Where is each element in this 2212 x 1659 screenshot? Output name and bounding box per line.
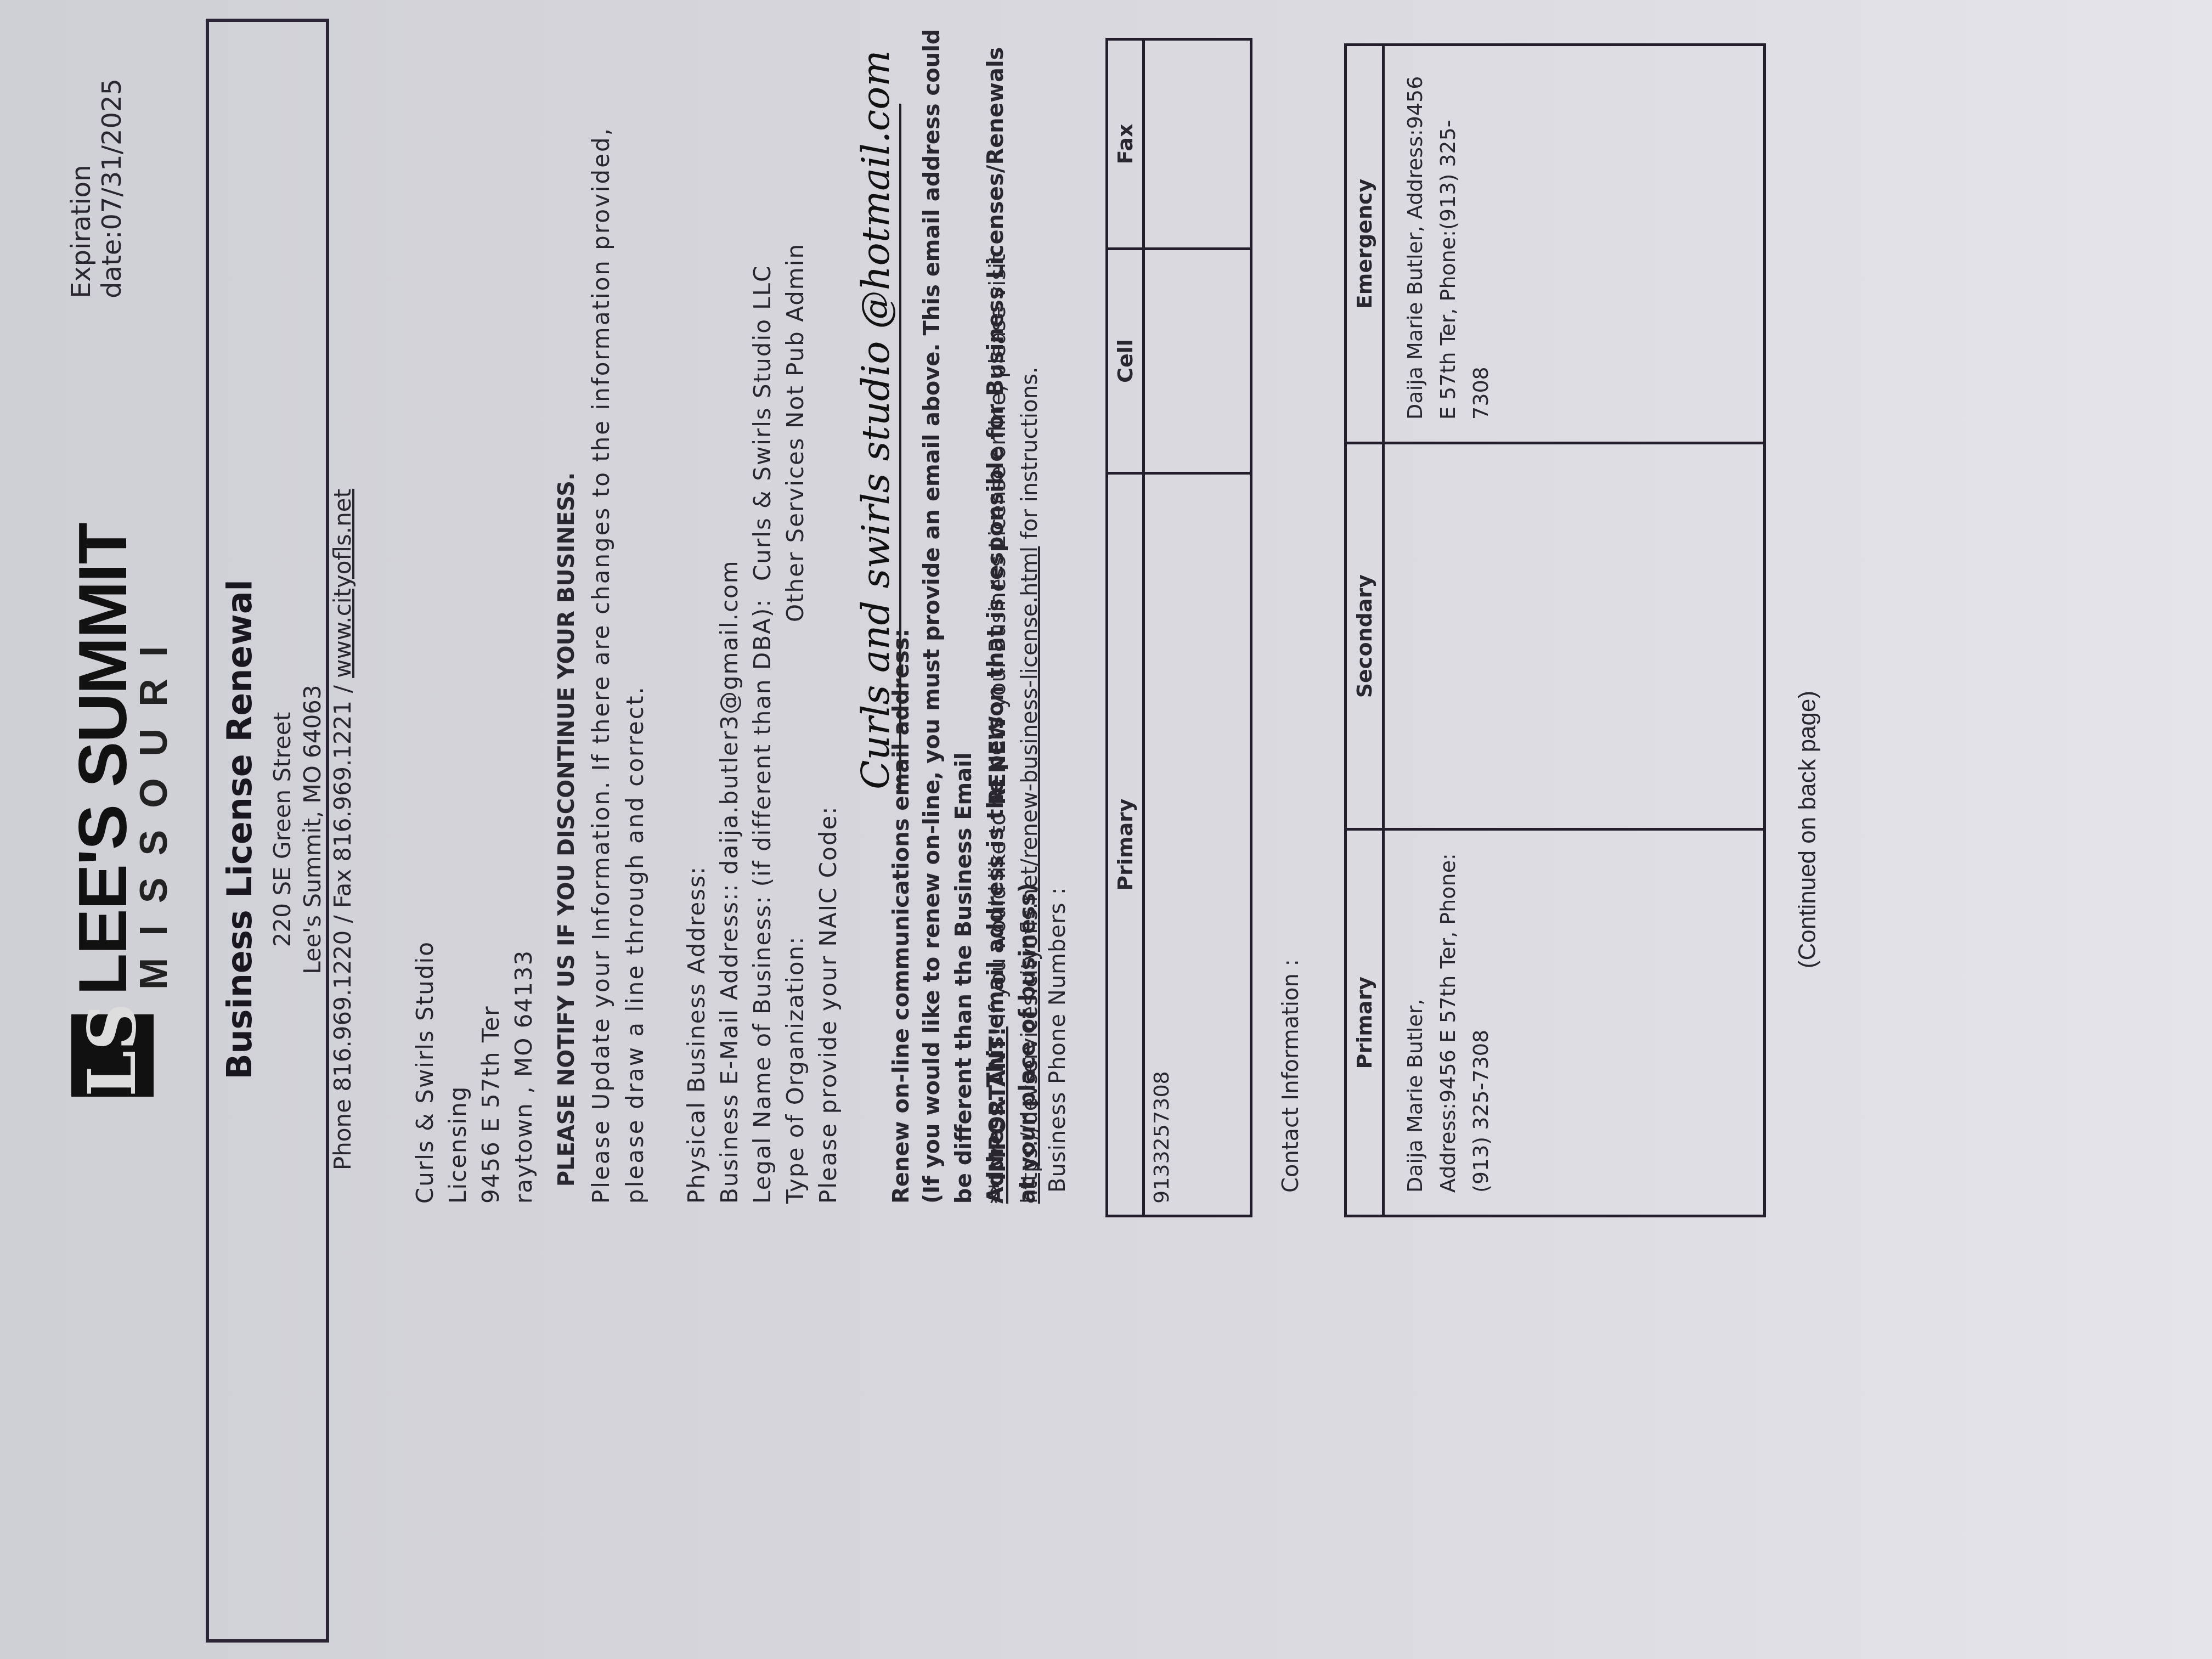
office-phone-fax: Phone 816.969.1220 / Fax 816.969.1221 /	[329, 678, 356, 1170]
email-label: Business E-Mail Address::	[716, 874, 743, 1204]
org-type-value[interactable]: Other Services Not Pub Admin	[779, 243, 812, 622]
expiration-date: Expiration date:07/31/2025	[66, 0, 127, 298]
office-address-line2: Lee's Summit, MO 64063	[299, 0, 326, 1659]
naic-label: Please provide your NAIC Code:	[815, 806, 842, 1204]
important-text1: If you would like to	[985, 805, 1011, 1026]
phone-header-fax: Fax	[1107, 39, 1144, 249]
mailing-line-street: 9456 E 57th Ter	[475, 941, 507, 1204]
license-renewal-form: Expiration date:07/31/2025 LS LEE'S SUMM…	[0, 0, 2212, 1659]
renew-note-line1: (If you would like to renew on-line, you…	[916, 24, 980, 1204]
contact-emergency-cell[interactable]: Daija Marie Butler, Address:9456 E 57th …	[1384, 45, 1765, 443]
phone-fax-cell[interactable]	[1144, 39, 1251, 249]
city-logo-icon: LS	[71, 1014, 154, 1097]
contact-info-label: Contact Information :	[1278, 959, 1304, 1193]
form-title: Business License Renewal	[219, 0, 259, 1659]
contact-header-primary: Primary	[1346, 830, 1384, 1216]
important-suffix: for instructions.	[1017, 366, 1042, 546]
mailing-address: Curls & Swirls Studio Licensing 9456 E 5…	[409, 941, 540, 1204]
business-fields: Physical Business Address: Business E-Ma…	[680, 560, 845, 1204]
continued-note: (Continued on back page)	[1794, 0, 1821, 1659]
office-contact-line: Phone 816.969.1220 / Fax 816.969.1221 / …	[329, 0, 356, 1659]
phone-header-primary: Primary	[1107, 473, 1144, 1216]
renew-online-link[interactable]: https://devservices.cityofls.net/renew-b…	[1017, 546, 1042, 1204]
field-physical-address: Physical Business Address:	[680, 560, 713, 1204]
mailing-line-business: Curls & Swirls Studio	[409, 941, 442, 1204]
phone-numbers-label: Business Phone Numbers :	[1045, 887, 1070, 1193]
legal-name-label: Legal Name of Business: (if different th…	[749, 599, 776, 1204]
city-website-link[interactable]: www.cityofls.net	[329, 489, 356, 678]
contact-header-secondary: Secondary	[1346, 443, 1384, 830]
update-instructions: Please Update your Information. If there…	[584, 52, 652, 1204]
important-text2: your Business License online, please vis…	[985, 254, 1011, 716]
important-renew: RENEW	[985, 716, 1011, 805]
phone-cell-cell[interactable]	[1144, 249, 1251, 473]
office-address-line1: 220 SE Green Street	[269, 0, 296, 1659]
mailing-line-city: raytown , MO 64133	[507, 941, 540, 1204]
field-legal-name: Legal Name of Business: (if different th…	[746, 560, 779, 1204]
logo-title: LEE'S SUMMIT	[69, 523, 137, 995]
email-value[interactable]: daija.butler3@gmail.com	[716, 560, 743, 874]
renew-email-field[interactable]: Curls and swirls studio @hotmail.com	[853, 104, 901, 789]
important-notice: **IMPORTANT! If you would like to RENEW …	[982, 24, 1046, 1204]
field-email: Business E-Mail Address:: daija.butler3@…	[713, 560, 746, 1204]
discontinue-notice: PLEASE NOTIFY US IF YOU DISCONTINUE YOUR…	[554, 0, 579, 1659]
phone-primary-cell[interactable]: 9133257308	[1144, 473, 1251, 1216]
contact-info-table: Primary Secondary Emergency Daija Marie …	[1344, 43, 1766, 1217]
org-type-label: Type of Organization:	[782, 936, 809, 1204]
phone-header-cell: Cell	[1107, 249, 1144, 473]
contact-primary-cell[interactable]: Daija Marie Butler, Address:9456 E 57th …	[1384, 830, 1765, 1216]
phone-numbers-table: Primary Cell Fax 9133257308	[1105, 38, 1252, 1217]
mailing-line-dept: Licensing	[442, 941, 475, 1204]
contact-header-emergency: Emergency	[1346, 45, 1384, 443]
legal-name-value[interactable]: Curls & Swirls Studio LLC	[746, 265, 779, 581]
important-prefix: **IMPORTANT!	[985, 1026, 1011, 1204]
physical-address-label: Physical Business Address:	[683, 866, 710, 1204]
logo-subtitle: MISSOURI	[132, 624, 176, 990]
field-org-type: Type of Organization: Other Services Not…	[779, 560, 812, 1204]
field-naic: Please provide your NAIC Code:	[812, 560, 845, 1204]
contact-secondary-cell[interactable]	[1384, 443, 1765, 830]
